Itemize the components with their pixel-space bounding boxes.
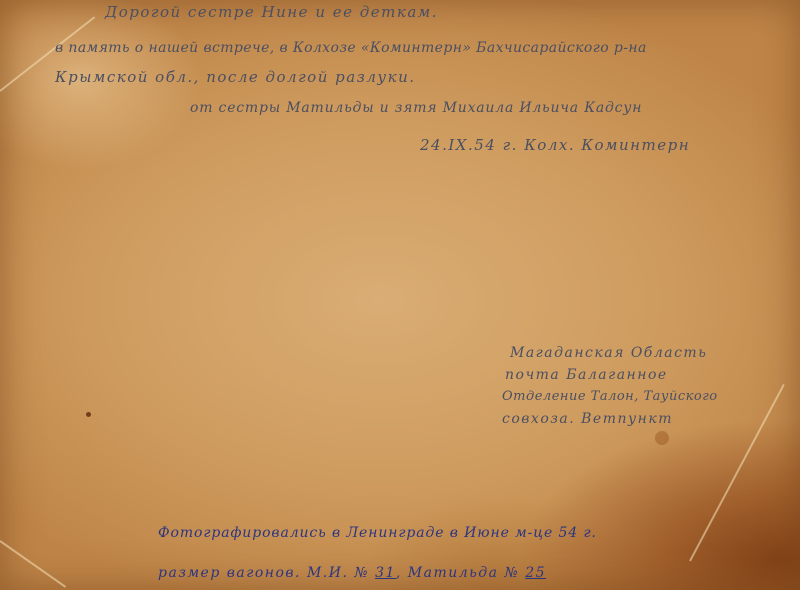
address-line-4: совхоза. Ветпункт [502,411,673,427]
dedication-line-4: от сестры Матильды и зятя Михаила Ильича… [190,100,642,116]
footer-mi-label: М.И. № [307,565,369,581]
crease-right [689,384,785,562]
stain-spot-small [86,412,91,417]
footer-mat-value: 25 [525,565,546,581]
address-line-1: Магаданская Область [510,345,707,361]
aged-edge-shading [0,0,800,590]
address-line-2: почта Балаганное [505,367,668,383]
dedication-line-1: Дорогой сестре Нине и ее деткам. [105,3,438,21]
dedication-line-5: 24.IX.54 г. Колх. Коминтерн [420,136,690,154]
stain-spot [655,431,669,445]
footer-mi-value: 31 [375,565,396,581]
photo-back-paper: Дорогой сестре Нине и ее деткам. в памят… [0,0,800,590]
footer-line-2: размер вагонов. М.И. № 31, Матильда № 25 [158,565,546,581]
crease-bottom-left [0,540,66,588]
footer-mat-label: Матильда № [408,565,519,581]
dedication-line-2: в память о нашей встрече, в Колхозе «Ком… [55,40,647,56]
dedication-line-3: Крымской обл., после долгой разлуки. [55,68,416,86]
footer-line-1: Фотографировались в Ленинграде в Июне м-… [158,525,597,541]
address-line-3: Отделение Талон, Тауйского [502,389,718,404]
footer-prefix: размер вагонов. [158,565,301,581]
